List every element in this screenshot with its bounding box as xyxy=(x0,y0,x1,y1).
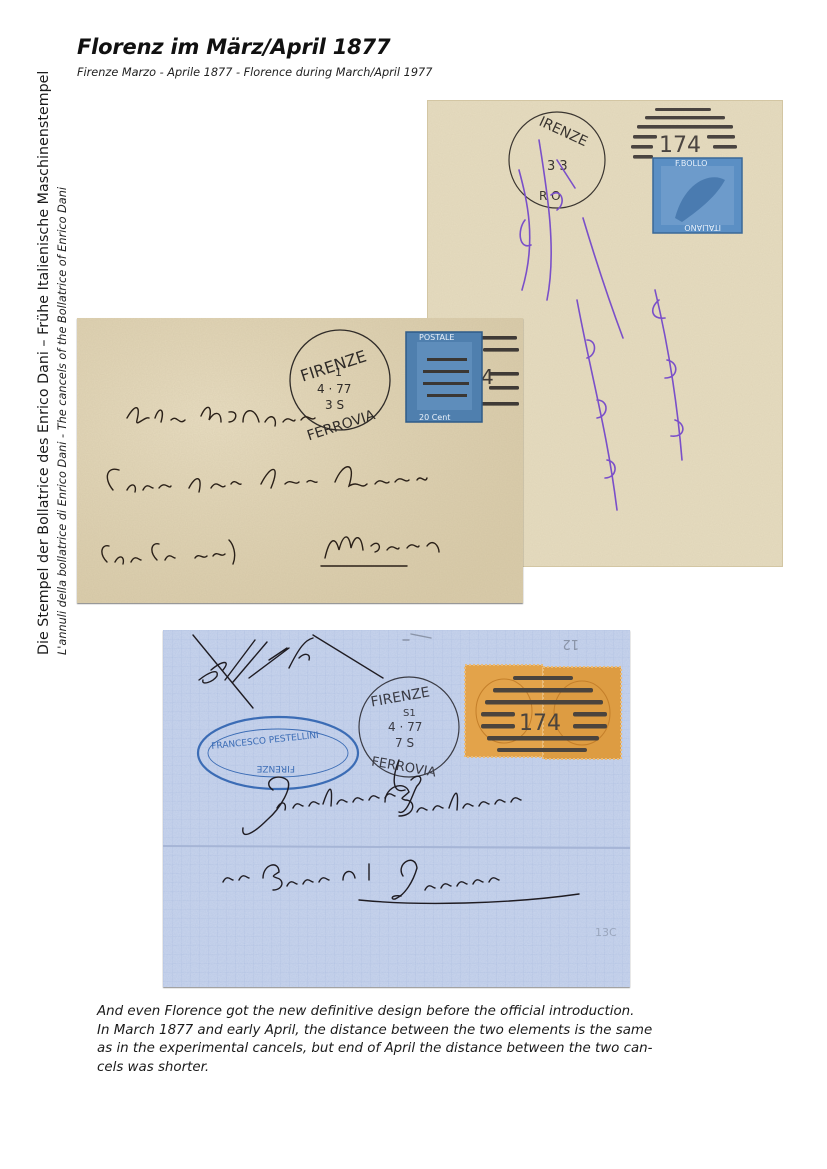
svg-text:174: 174 xyxy=(659,133,701,158)
page-subtitle: Firenze Marzo - Aprile 1877 - Florence d… xyxy=(77,66,432,79)
caption-line: In March 1877 and early April, the dista… xyxy=(97,1022,717,1041)
svg-text:7 S: 7 S xyxy=(395,736,414,750)
svg-text:4 · 77: 4 · 77 xyxy=(317,382,351,396)
side-subtitle: L'annuli della bollatrice di Enrico Dani… xyxy=(56,187,69,655)
svg-text:20 Cent: 20 Cent xyxy=(419,413,450,422)
stamp-20-cent-blue: F.BOLLO ITALIANO xyxy=(653,158,742,233)
svg-text:FIRENZE: FIRENZE xyxy=(256,763,295,773)
svg-text:3 S: 3 S xyxy=(325,398,344,412)
side-title-block: Die Stempel der Bollatrice des Enrico Da… xyxy=(0,0,80,660)
svg-text:1: 1 xyxy=(335,366,342,379)
cover-2-illustration: FIRENZE 1 4 · 77 3 S FERROVIA 4 POSTALE … xyxy=(77,318,523,603)
svg-text:R O: R O xyxy=(539,189,561,203)
pencil-note: 13C xyxy=(595,926,617,939)
cover-letter-livorno: FRANCESCO PESTELLINI FIRENZE FIRENZE S1 … xyxy=(163,630,630,987)
svg-text:4 · 77: 4 · 77 xyxy=(388,720,422,734)
svg-text:12: 12 xyxy=(562,636,579,651)
stamp-20-cent-blue: POSTALE 20 Cent xyxy=(406,332,482,422)
svg-text:4: 4 xyxy=(481,365,494,389)
svg-text:F.BOLLO: F.BOLLO xyxy=(675,159,707,168)
svg-text:POSTALE: POSTALE xyxy=(419,333,454,342)
side-main-title: Die Stempel der Bollatrice des Enrico Da… xyxy=(36,71,52,655)
page-title: Florenz im März/April 1877 xyxy=(77,35,390,59)
caption-line: as in the experimental cancels, but end … xyxy=(97,1040,717,1059)
caption-line: cels was shorter. xyxy=(97,1059,717,1078)
cover-3-illustration: FRANCESCO PESTELLINI FIRENZE FIRENZE S1 … xyxy=(163,630,630,987)
svg-text:ITALIANO: ITALIANO xyxy=(684,223,721,232)
svg-text:S1: S1 xyxy=(403,708,416,719)
caption: And even Florence got the new definitive… xyxy=(97,1003,717,1077)
cover-envelope-modena: FIRENZE 1 4 · 77 3 S FERROVIA 4 POSTALE … xyxy=(77,318,523,603)
svg-text:174: 174 xyxy=(519,711,561,736)
caption-line: And even Florence got the new definitive… xyxy=(97,1003,717,1022)
